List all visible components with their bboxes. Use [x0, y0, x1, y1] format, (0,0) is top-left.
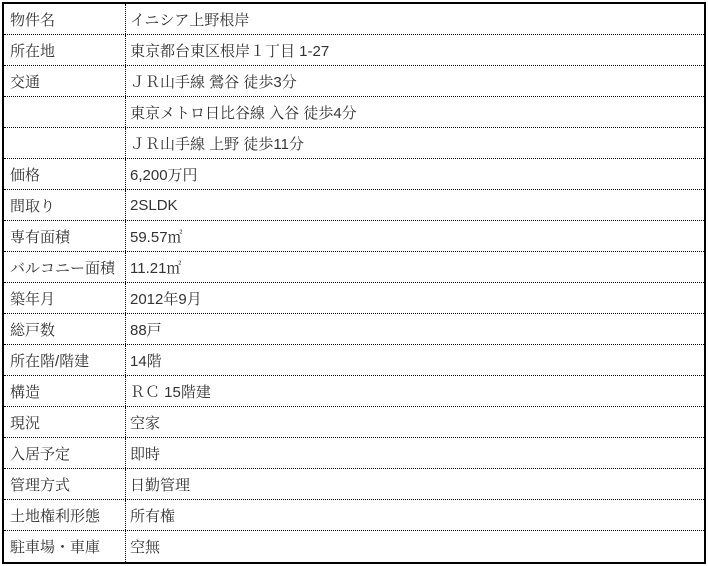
row-value: 14階 — [126, 345, 704, 375]
row-label: 交通 — [4, 66, 126, 96]
table-row: 専有面積 59.57㎡ — [4, 221, 704, 252]
row-label: 現況 — [4, 407, 126, 437]
row-label: 入居予定 — [4, 438, 126, 468]
row-label: 築年月 — [4, 283, 126, 313]
row-value: 東京都台東区根岸１丁目 1-27 — [126, 35, 704, 65]
table-row: 間取り 2SLDK — [4, 190, 704, 221]
table-row: バルコニー面積 11.21㎡ — [4, 252, 704, 283]
row-label — [4, 128, 126, 158]
row-label: 土地権利形態 — [4, 500, 126, 530]
table-row: 所在階/階建 14階 — [4, 345, 704, 376]
table-row: 東京メトロ日比谷線 入谷 徒歩4分 — [4, 97, 704, 128]
row-label: 所在階/階建 — [4, 345, 126, 375]
row-value: 空無 — [126, 531, 704, 562]
row-value: 11.21㎡ — [126, 252, 704, 282]
table-row: ＪＲ山手線 上野 徒歩11分 — [4, 128, 704, 159]
row-label: 構造 — [4, 376, 126, 406]
table-row: 物件名 イニシア上野根岸 — [4, 4, 704, 35]
table-row: 現況 空家 — [4, 407, 704, 438]
row-label: 駐車場・車庫 — [4, 531, 126, 562]
row-value: 即時 — [126, 438, 704, 468]
row-value: 所有権 — [126, 500, 704, 530]
row-value: ＪＲ山手線 鶯谷 徒歩3分 — [126, 66, 704, 96]
row-value: ＲＣ 15階建 — [126, 376, 704, 406]
row-value: 6,200万円 — [126, 159, 704, 189]
table-row: 総戸数 88戸 — [4, 314, 704, 345]
table-row: 築年月 2012年9月 — [4, 283, 704, 314]
row-value: 2SLDK — [126, 190, 704, 220]
table-row: 所在地 東京都台東区根岸１丁目 1-27 — [4, 35, 704, 66]
row-label: 総戸数 — [4, 314, 126, 344]
row-value: 日勤管理 — [126, 469, 704, 499]
row-label: 管理方式 — [4, 469, 126, 499]
row-label: 専有面積 — [4, 221, 126, 251]
row-label: 間取り — [4, 190, 126, 220]
row-value: 東京メトロ日比谷線 入谷 徒歩4分 — [126, 97, 704, 127]
row-value: 2012年9月 — [126, 283, 704, 313]
table-row: 管理方式 日勤管理 — [4, 469, 704, 500]
row-label: 価格 — [4, 159, 126, 189]
table-row: 駐車場・車庫 空無 — [4, 531, 704, 562]
row-value: ＪＲ山手線 上野 徒歩11分 — [126, 128, 704, 158]
table-row: 価格 6,200万円 — [4, 159, 704, 190]
table-row: 構造 ＲＣ 15階建 — [4, 376, 704, 407]
row-label: バルコニー面積 — [4, 252, 126, 282]
row-value: 59.57㎡ — [126, 221, 704, 251]
row-value: 空家 — [126, 407, 704, 437]
table-row: 交通 ＪＲ山手線 鶯谷 徒歩3分 — [4, 66, 704, 97]
row-value: 88戸 — [126, 314, 704, 344]
table-row: 土地権利形態 所有権 — [4, 500, 704, 531]
row-label: 所在地 — [4, 35, 126, 65]
row-value: イニシア上野根岸 — [126, 4, 704, 34]
property-details-table: 物件名 イニシア上野根岸 所在地 東京都台東区根岸１丁目 1-27 交通 ＪＲ山… — [2, 2, 706, 564]
row-label — [4, 97, 126, 127]
row-label: 物件名 — [4, 4, 126, 34]
table-row: 入居予定 即時 — [4, 438, 704, 469]
